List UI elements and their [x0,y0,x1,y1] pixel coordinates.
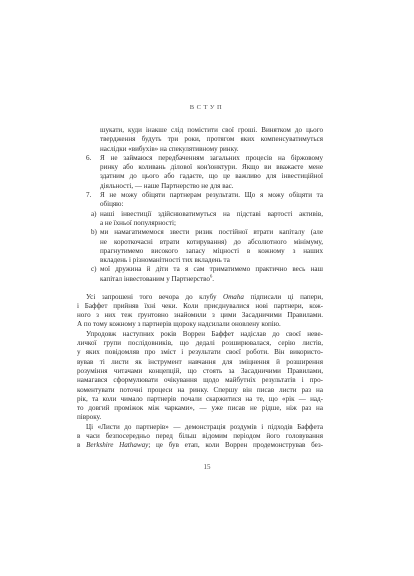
text-line: в Berkshire Hathaway; це був етап, коли … [77,441,323,450]
text-line: ного з них теж ґрунтовно знайомили з цим… [77,311,323,320]
text-line: здатним до цього або гадаєте, що це важл… [77,172,323,181]
text-line: вував ті листи як інструмент навчання дл… [77,358,323,367]
list-marker: 7. [86,191,91,200]
list-marker: b) [91,228,97,237]
running-head: ВСТУП [0,104,414,111]
text-line: 7.Я не можу обіцяти партнерам результати… [77,191,323,200]
text-line: Усі запрошені того вечора до клубу Omaha… [77,293,323,302]
text-line: b)ми намагатимемося звести ризик постійн… [77,228,323,237]
list-marker: a) [91,210,97,219]
body-text: шукати, куди інакше слід помістити свої … [77,126,323,451]
text-line: рік, та коли чимало партнерів почали ска… [77,395,323,404]
text-line: личкої групи послідовників, що дедалі ро… [77,339,323,348]
list-marker: c) [91,265,97,274]
text-line: намагався сформулювати очікування щодо м… [77,376,323,385]
text-line: Ці «Листи до партнерів» — демонстрація р… [77,423,323,432]
page-number: 15 [0,463,414,471]
text-line: діяльності, — наше Партнерство не для ва… [77,182,323,191]
list-marker: 6. [86,154,91,163]
text-line: то довгий проміжок між чарками», — уже п… [77,404,323,413]
text-line: Упродовж наступних років Воррен Баффет н… [77,330,323,339]
text-line: розуміння читачами концепцій, що стоять … [77,367,323,376]
text-line: а не їхньої популярності; [77,219,323,228]
text-line: і Баффет прийняв їхні чеки. Коли приєдну… [77,302,323,311]
text-line: 6.Я не займаюся передбаченням загальних … [77,154,323,163]
text-line: наслідки «вибухів» на спекулятивному рин… [77,145,323,154]
text-line: не короткочасні втрати котирування) до а… [77,238,323,247]
text-line: c)мої дружина й діти та я сам триматимем… [77,265,323,274]
text-line: вкладень і різноманітності тих вкладень … [77,256,323,265]
text-line: А по тому кожному з партнерів щороку над… [77,320,323,329]
text-line: a)наші інвестиції здійснюватимуться на п… [77,210,323,219]
text-line: коментувати поточні процеси на ринку. Сп… [77,386,323,395]
book-page: ВСТУП шукати, куди інакше слід помістити… [0,0,414,576]
text-line: півроку. [77,413,323,422]
text-line: шукати, куди інакше слід помістити свої … [77,126,323,135]
text-line: ринку або коливань ділової кон'юнктури. … [77,163,323,172]
text-line: в часи безпосередньо перед більш відомим… [77,432,323,441]
text-line: капітал інвестованим у Партнерство6. [77,275,323,284]
text-line: прагнутимемо високого запасу міцності в … [77,247,323,256]
text-line: у яких повідомляв про зміст і результати… [77,348,323,357]
text-line: обіцяю: [77,200,323,209]
text-line: твердження будуть три роки, протягом яки… [77,135,323,144]
